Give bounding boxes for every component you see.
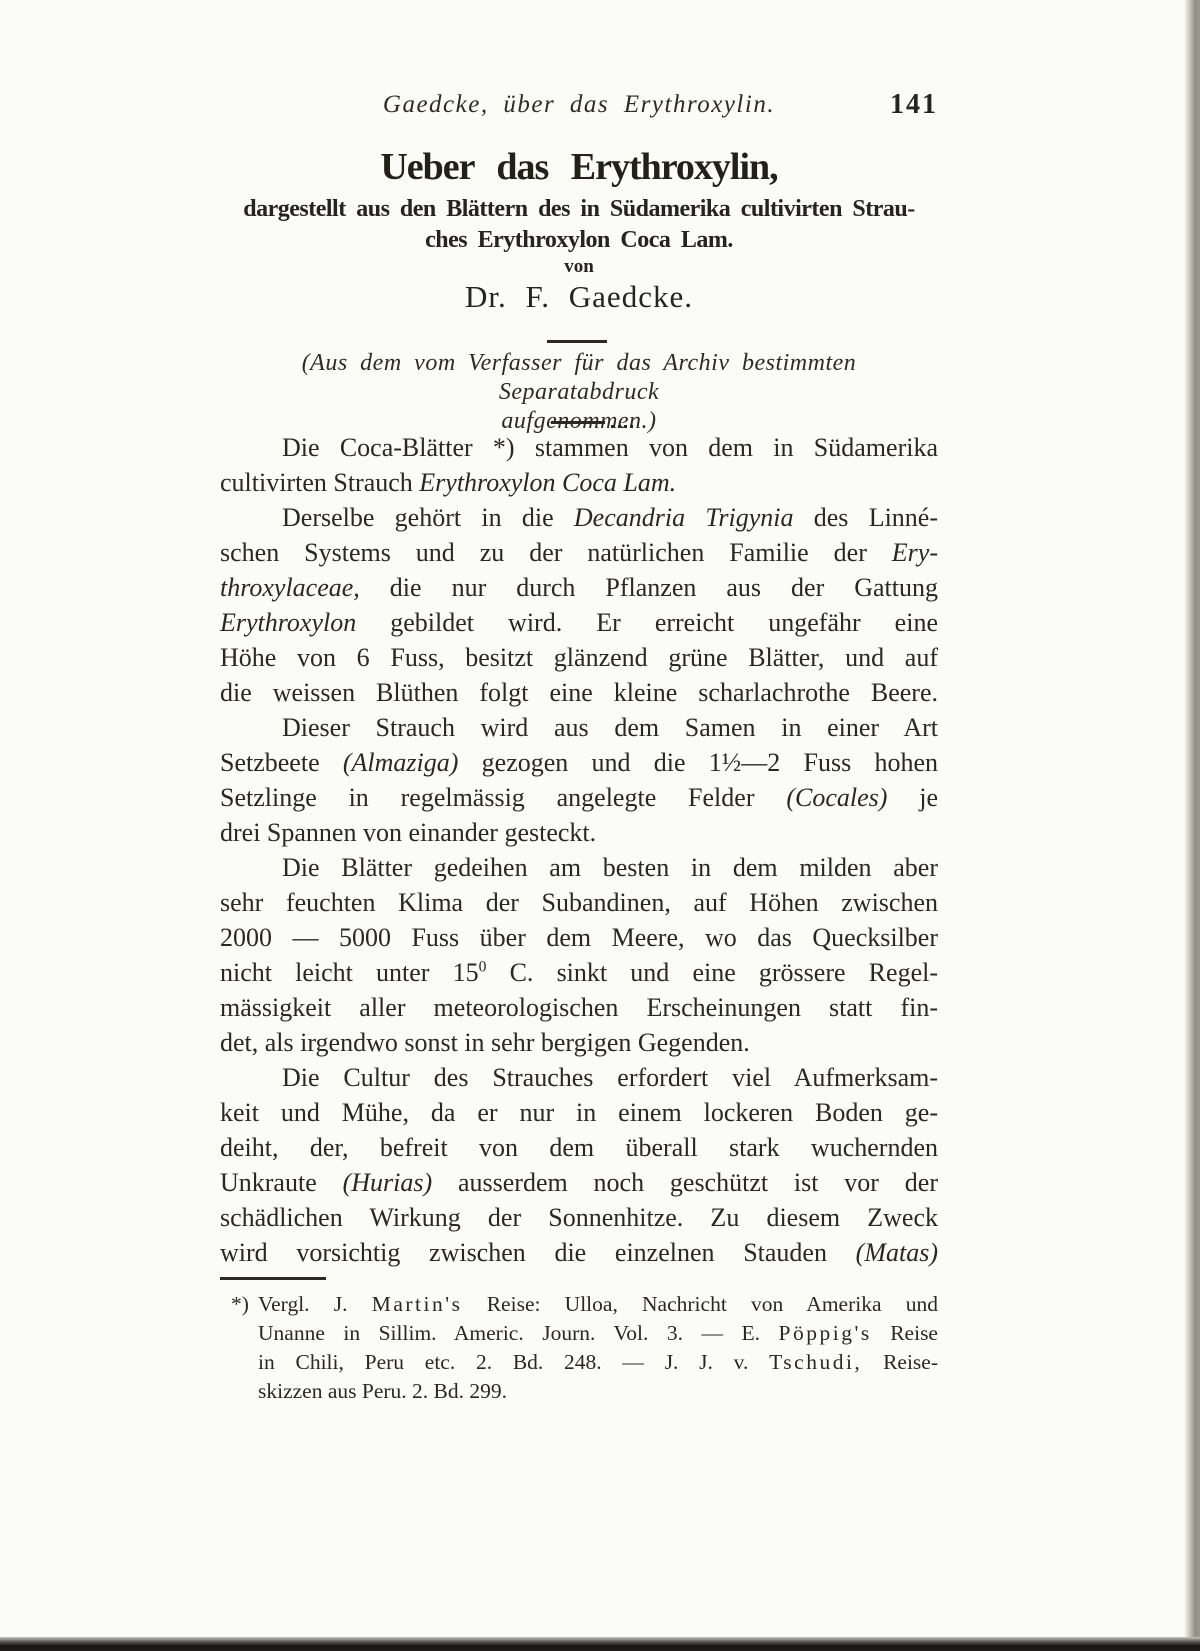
body-line: die weissen Blüthen folgt eine kleine sc… bbox=[220, 675, 938, 710]
footnote-rule bbox=[220, 1277, 326, 1280]
subtitle-line: dargestellt aus den Blättern des in Süda… bbox=[190, 194, 968, 225]
body-line: wird vorsichtig zwischen die einzelnen S… bbox=[220, 1235, 938, 1270]
body-line: sehr feuchten Klima der Subandinen, auf … bbox=[220, 885, 938, 920]
body-line: drei Spannen von einander gesteckt. bbox=[220, 815, 938, 850]
body-line: Setzbeete (Almaziga) gezogen und die 1½—… bbox=[220, 745, 938, 780]
body-line: mässigkeit aller meteorologischen Ersche… bbox=[220, 990, 938, 1025]
body-line: Derselbe gehört in die Decandria Trigyni… bbox=[220, 500, 938, 535]
scanned-page: Gaedcke, über das Erythroxylin. 141 Uebe… bbox=[0, 0, 1200, 1651]
running-header-title: Gaedcke, über das Erythroxylin. bbox=[220, 88, 938, 122]
body-line: cultivirten Strauch Erythroxylon Coca La… bbox=[220, 465, 938, 500]
footnote-line: *)Vergl. J. Martin's Reise: Ulloa, Nachr… bbox=[258, 1290, 938, 1319]
article-subtitle: dargestellt aus den Blättern des in Süda… bbox=[190, 194, 968, 256]
body-line: keit und Mühe, da er nur in einem locker… bbox=[220, 1095, 938, 1130]
divider-dots bbox=[611, 419, 633, 428]
scan-right-edge bbox=[1184, 0, 1200, 1651]
body-line: det, als irgendwo sonst in sehr bergigen… bbox=[220, 1025, 938, 1060]
body-line: deiht, der, befreit von dem überall star… bbox=[220, 1130, 938, 1165]
body-line: throxylaceae, die nur durch Pflanzen aus… bbox=[220, 570, 938, 605]
body-line: Dieser Strauch wird aus dem Samen in ein… bbox=[220, 710, 938, 745]
body-line: schen Systems und zu der natürlichen Fam… bbox=[220, 535, 938, 570]
article-title: Ueber das Erythroxylin, bbox=[220, 144, 938, 190]
running-header: Gaedcke, über das Erythroxylin. 141 bbox=[220, 88, 938, 122]
divider-rule bbox=[551, 421, 605, 424]
body-line: nicht leicht unter 150 C. sinkt und eine… bbox=[220, 955, 938, 990]
archive-note-line: (Aus dem vom Verfasser für das Archiv be… bbox=[220, 349, 938, 407]
footnote-line: Unanne in Sillim. Americ. Journ. Vol. 3.… bbox=[258, 1319, 938, 1348]
body-line: Die Cultur des Strauches erfordert viel … bbox=[220, 1060, 938, 1095]
body-line: Die Coca-Blätter *) stammen von dem in S… bbox=[220, 430, 938, 465]
footnote: *)Vergl. J. Martin's Reise: Ulloa, Nachr… bbox=[258, 1290, 938, 1406]
footnote-marker: *) bbox=[231, 1290, 249, 1319]
body-text: Die Coca-Blätter *) stammen von dem in S… bbox=[220, 430, 938, 1270]
subtitle-line: ches Erythroxylon Coca Lam. bbox=[190, 225, 968, 256]
body-line: Höhe von 6 Fuss, besitzt glänzend grüne … bbox=[220, 640, 938, 675]
body-line: Die Blätter gedeihen am besten in dem mi… bbox=[220, 850, 938, 885]
page-number: 141 bbox=[890, 88, 938, 122]
body-line: Setzlinge in regelmässig angelegte Felde… bbox=[220, 780, 938, 815]
divider-rule bbox=[547, 340, 607, 343]
body-line: Unkraute (Hurias) ausserdem noch geschüt… bbox=[220, 1165, 938, 1200]
footnote-line: in Chili, Peru etc. 2. Bd. 248. — J. J. … bbox=[258, 1348, 938, 1377]
byline-von: von bbox=[220, 255, 938, 279]
author-name: Dr. F. Gaedcke. bbox=[220, 278, 938, 316]
footnote-line: skizzen aus Peru. 2. Bd. 299. bbox=[258, 1377, 938, 1406]
scan-bottom-edge bbox=[0, 1637, 1200, 1651]
body-line: schädlichen Wirkung der Sonnenhitze. Zu … bbox=[220, 1200, 938, 1235]
body-line: 2000 — 5000 Fuss über dem Meere, wo das … bbox=[220, 920, 938, 955]
body-line: Erythroxylon gebildet wird. Er erreicht … bbox=[220, 605, 938, 640]
